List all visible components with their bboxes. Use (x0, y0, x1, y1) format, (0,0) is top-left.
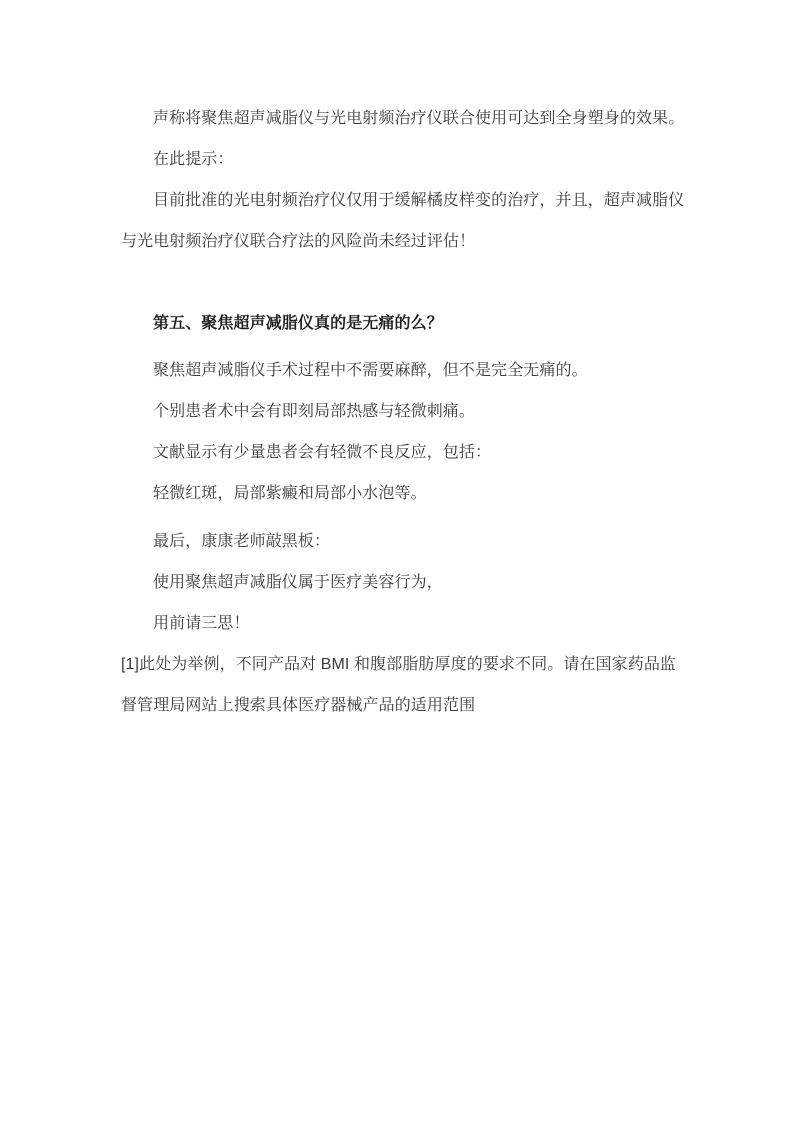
paragraph-line: 在此提示： (121, 139, 681, 180)
paragraph-line: 用前请三思！ (121, 603, 681, 644)
document-page: 声称将聚焦超声减脂仪与光电射频治疗仪联合使用可达到全身塑身的效果。 在此提示： … (0, 0, 793, 1122)
footnote-line: 督管理局网站上搜索具体医疗器械产品的适用范围 (121, 685, 681, 726)
paragraph-line: 声称将聚焦超声减脂仪与光电射频治疗仪联合使用可达到全身塑身的效果。 (121, 98, 681, 139)
paragraph-line: 个别患者术中会有即刻局部热感与轻微刺痛。 (121, 391, 681, 432)
paragraph-line: 聚焦超声减脂仪手术过程中不需要麻醉，但不是完全无痛的。 (121, 350, 681, 391)
paragraph-line: 目前批准的光电射频治疗仪仅用于缓解橘皮样变的治疗，并且，超声减脂仪 (121, 180, 681, 221)
paragraph-line: 文献显示有少量患者会有轻微不良反应，包括： (121, 432, 681, 473)
paragraph-line: 与光电射频治疗仪联合疗法的风险尚未经过评估！ (121, 221, 681, 262)
paragraph-line: 轻微红斑，局部紫癜和局部小水泡等。 (121, 473, 681, 514)
document-text-block: 声称将聚焦超声减脂仪与光电射频治疗仪联合使用可达到全身塑身的效果。 在此提示： … (121, 98, 681, 726)
paragraph-line: 最后，康康老师敲黑板： (121, 521, 681, 562)
paragraph-line: 使用聚焦超声减脂仪属于医疗美容行为， (121, 562, 681, 603)
footnote-line: [1]此处为举例，不同产品对 BMI 和腹部脂肪厚度的要求不同。请在国家药品监 (121, 644, 681, 685)
section-heading: 第五、聚焦超声减脂仪真的是无痛的么？ (121, 303, 681, 344)
